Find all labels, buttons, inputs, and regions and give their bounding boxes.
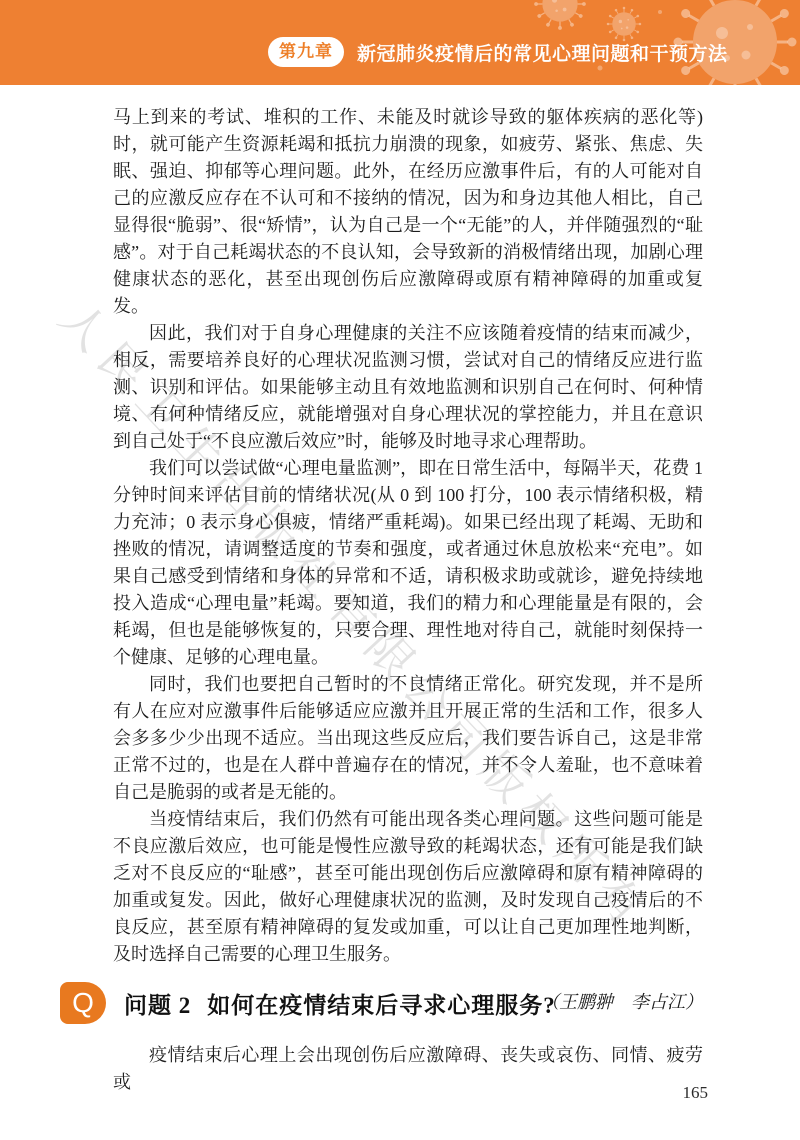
question-number: 问题 2 bbox=[124, 993, 191, 1018]
chapter-header: 第九章 新冠肺炎疫情后的常见心理问题和干预方法 bbox=[0, 0, 800, 85]
question-q-icon: Q bbox=[60, 982, 106, 1024]
question-title: 问题 2如何在疫情结束后寻求心理服务? bbox=[124, 987, 556, 1020]
chapter-header-row: 第九章 新冠肺炎疫情后的常见心理问题和干预方法 bbox=[268, 37, 728, 67]
paragraph: 我们可以尝试做“心理电量监测”，即在日常生活中，每隔半天，花费 1 分钟时间来评… bbox=[113, 455, 703, 671]
chapter-number-badge: 第九章 bbox=[268, 37, 344, 67]
question-section: Q 问题 2如何在疫情结束后寻求心理服务? bbox=[60, 982, 740, 1024]
paragraph: 当疫情结束后，我们仍然有可能出现各类心理问题。这些问题可能是不良应激后效应，也可… bbox=[113, 806, 703, 968]
q-letter: Q bbox=[72, 989, 94, 1017]
book-page: 第九章 新冠肺炎疫情后的常见心理问题和干预方法 人民卫生出版社有限公司版权所有 … bbox=[0, 0, 800, 1140]
paragraph: 同时，我们也要把自己暂时的不良情绪正常化。研究发现，并不是所有人在应对应激事件后… bbox=[113, 671, 703, 806]
question-text: 如何在疫情结束后寻求心理服务? bbox=[207, 993, 556, 1018]
chapter-title: 新冠肺炎疫情后的常见心理问题和干预方法 bbox=[357, 39, 728, 66]
paragraph: 马上到来的考试、堆积的工作、未能及时就诊导致的躯体疾病的恶化等)时，就可能产生资… bbox=[113, 104, 703, 320]
answer-paragraph: 疫情结束后心理上会出现创伤后应激障碍、丧失或哀伤、同情、疲劳或 bbox=[113, 1042, 703, 1096]
paragraph: 因此，我们对于自身心理健康的关注不应该随着疫情的结束而减少，相反，需要培养良好的… bbox=[113, 320, 703, 455]
body-text: 马上到来的考试、堆积的工作、未能及时就诊导致的躯体疾病的恶化等)时，就可能产生资… bbox=[113, 104, 703, 1016]
page-number: 165 bbox=[683, 1083, 709, 1103]
